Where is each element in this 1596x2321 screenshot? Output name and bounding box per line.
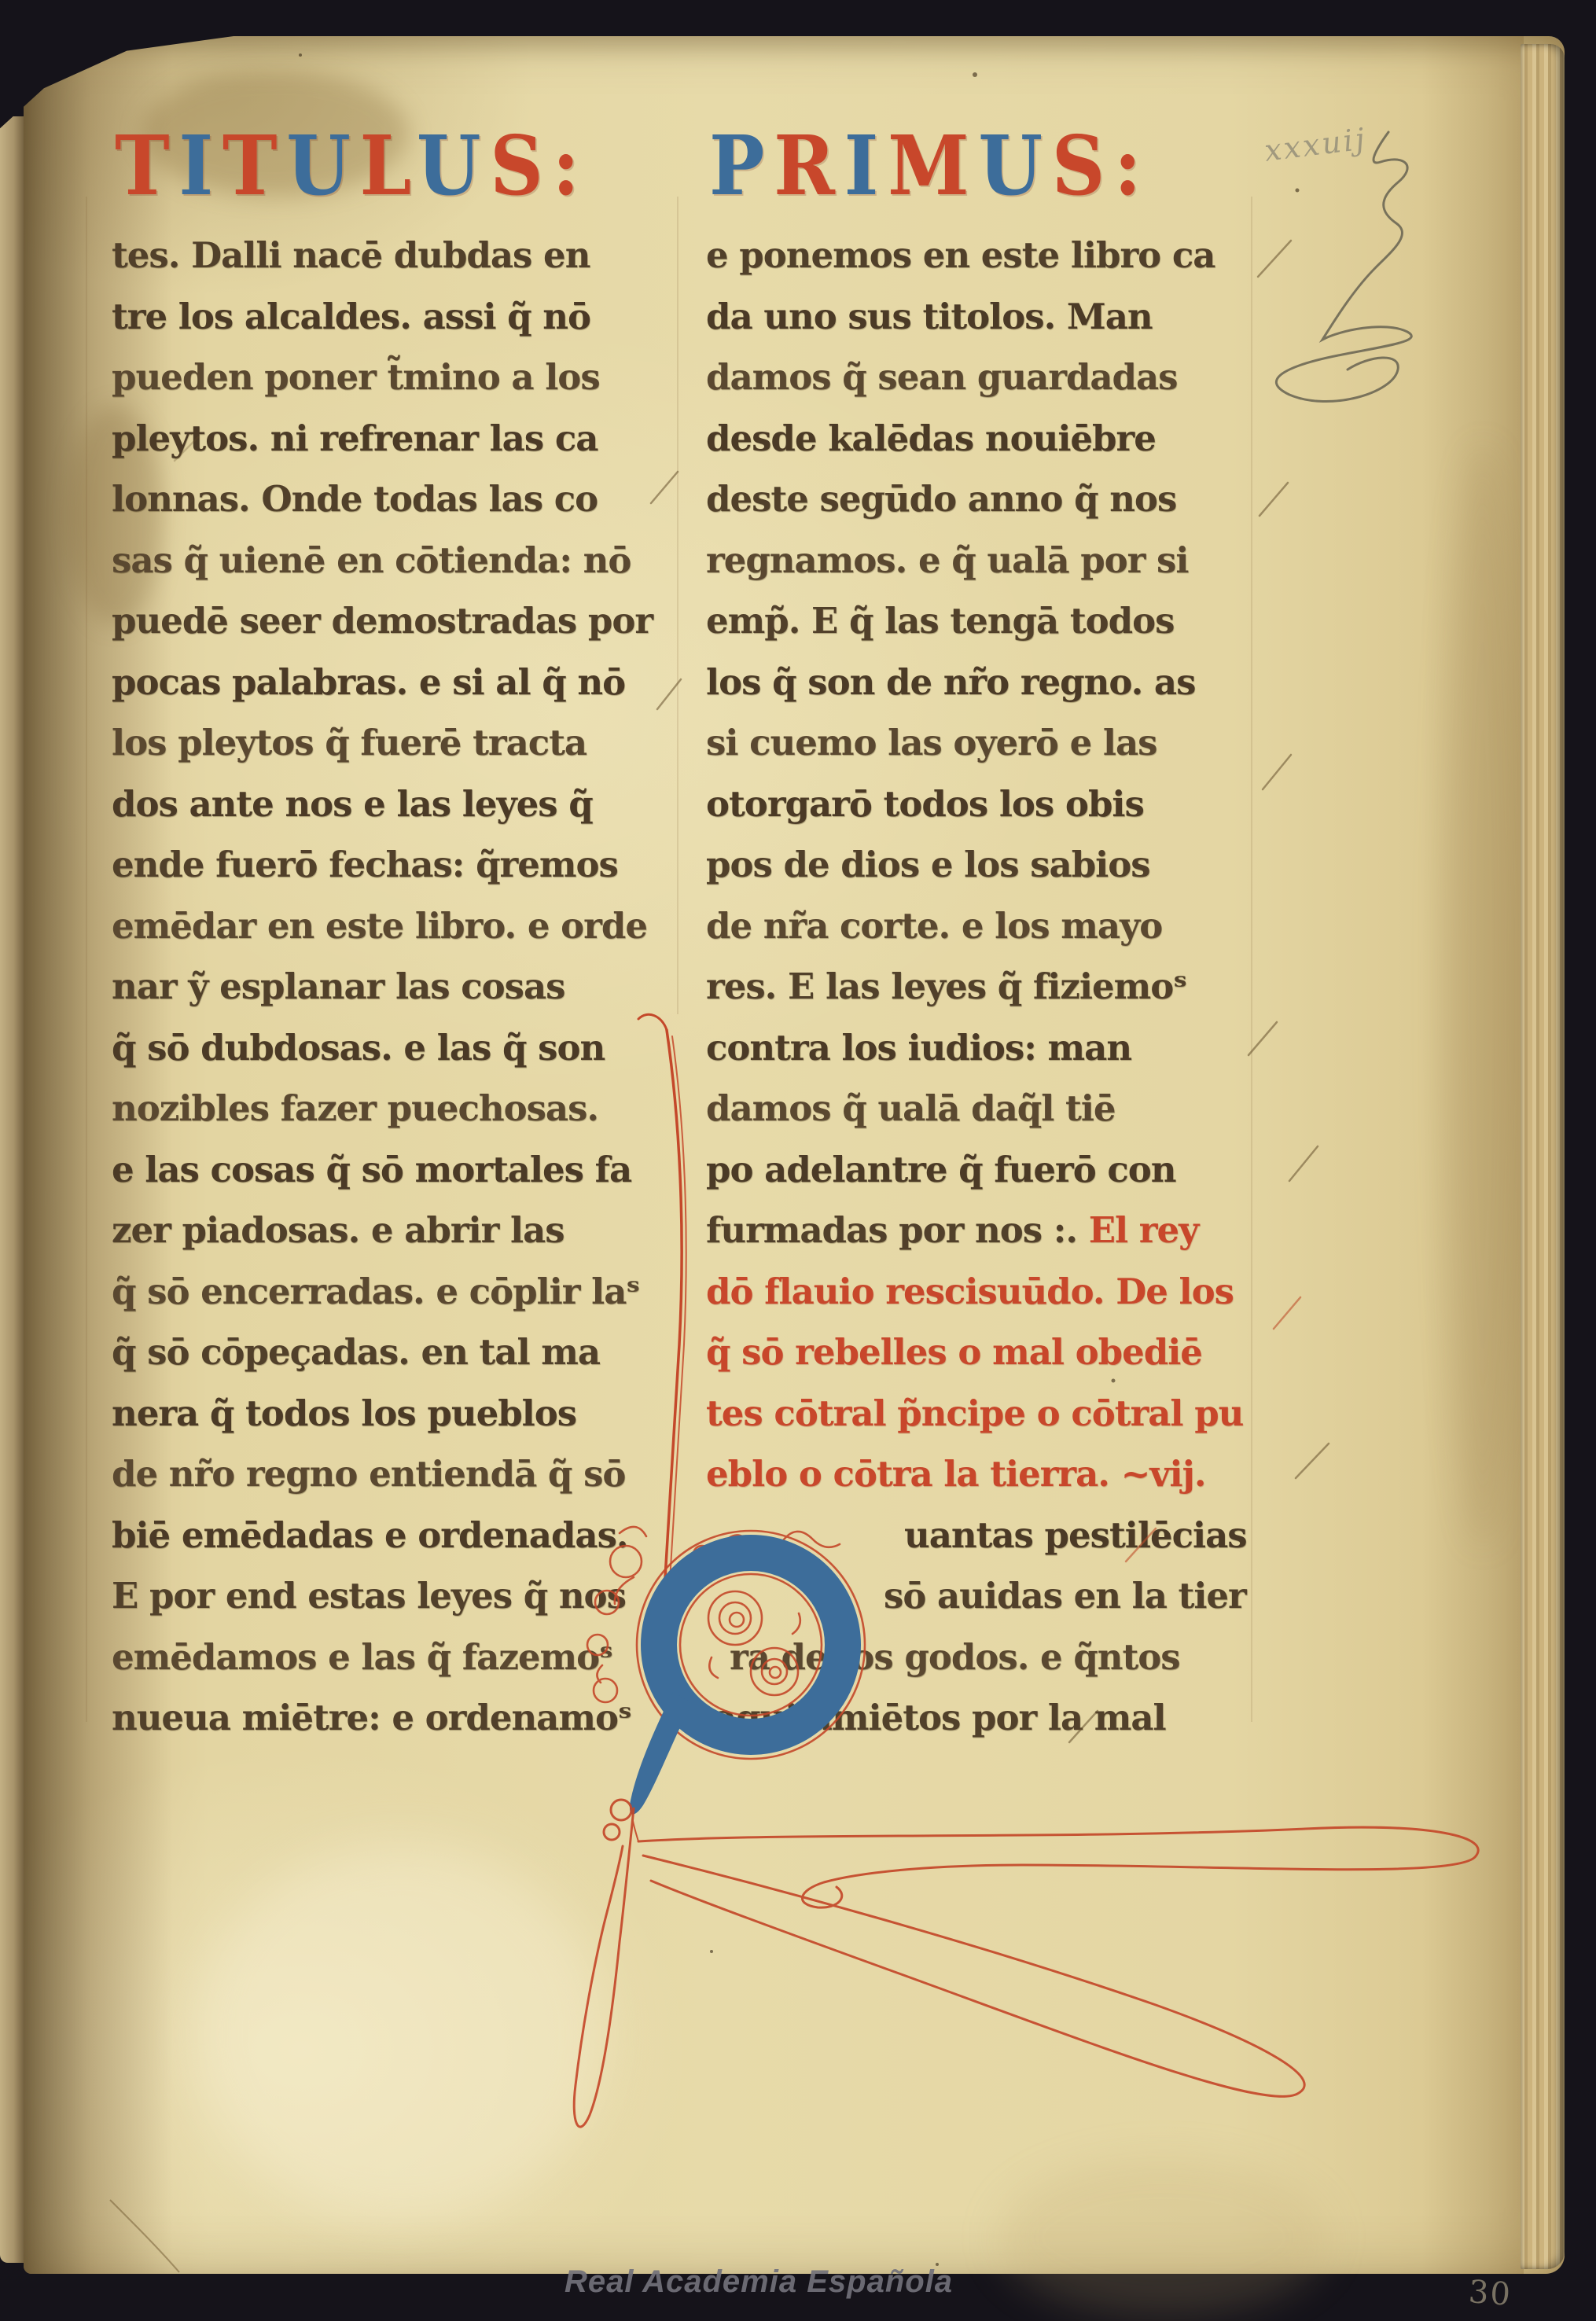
- text-line: q̃ sō dubdosas. e las q̃ son: [112, 1027, 671, 1088]
- title-letter: :: [553, 117, 589, 214]
- manuscript-page: TITULUS: PRIMUS: xxxuij tes. Dalli nacē …: [24, 36, 1565, 2274]
- title-letter: L: [360, 117, 417, 214]
- text-column-right: e ponemos en este libro cada uno sus tit…: [706, 234, 1275, 1758]
- text-line: nueua miētre: e ordenamoˢ: [112, 1697, 671, 1758]
- text-line: zer piadosas. e abrir las: [112, 1209, 671, 1271]
- title-letter: R: [774, 117, 844, 214]
- institution-watermark: Real Academia Española: [564, 2264, 953, 2300]
- title-letter: T: [222, 117, 286, 214]
- text-line: po adelantre q̃ fuerō con: [706, 1149, 1275, 1210]
- text-line: sas q̃ uienē en cōtienda: nō: [112, 539, 671, 601]
- text-column-left: tes. Dalli nacē dubdas entre los alcalde…: [112, 234, 671, 1758]
- previous-page-edge: [0, 116, 25, 2263]
- text-line: damos q̃ sean guardadas: [706, 356, 1275, 417]
- text-line: emp̃. E q̃ las tengā todos: [706, 600, 1275, 661]
- title-letter: I: [178, 117, 222, 214]
- text-line: regnamos. e q̃ ualā por si: [706, 539, 1275, 601]
- text-line: emēdar en este libro. e orde: [112, 905, 671, 966]
- text-line: uantas pestilēcias: [706, 1514, 1275, 1576]
- parchment-stain: [1443, 445, 1522, 1546]
- text-line: e las cosas q̃ sō mortales fa: [112, 1149, 671, 1210]
- text-line: dos ante nos e las leyes q̃: [112, 783, 671, 844]
- text-line: aguijamiētos por la mal: [706, 1697, 1275, 1758]
- text-line: tre los alcaldes. assi q̃ nō: [112, 296, 671, 357]
- title-letter: U: [978, 117, 1051, 214]
- title-letter: U: [286, 117, 359, 214]
- text-line: q̃ sō cōpeçadas. en tal ma: [112, 1331, 671, 1392]
- text-line: deste segūdo anno q̃ nos: [706, 478, 1275, 539]
- text-line: otorgarō todos los obis: [706, 783, 1275, 844]
- text-line: pueden poner t̃mino a los: [112, 356, 671, 417]
- text-line: puedē seer demostradas por: [112, 600, 671, 661]
- title-letter: T: [115, 117, 178, 214]
- text-line: tes. Dalli nacē dubdas en: [112, 234, 671, 296]
- text-line: los q̃ son de nr̃o regno. as: [706, 661, 1275, 723]
- text-line: E por end estas leyes q̃ nos: [112, 1575, 671, 1636]
- text-line: lonnas. Onde todas las co: [112, 478, 671, 539]
- parchment-stain: [998, 2159, 1329, 2316]
- text-line: biē emēdadas e ordenadas.: [112, 1514, 671, 1576]
- text-line: nozibles fazer puechosas.: [112, 1087, 671, 1149]
- text-line: tes cōtral p̃ncipe o cōtral pu: [706, 1392, 1275, 1454]
- text-line: desde kalēdas nouiēbre: [706, 417, 1275, 479]
- title-letter: P: [709, 117, 774, 214]
- text-line: nar ỹ esplanar las cosas: [112, 966, 671, 1027]
- text-line: q̃ sō rebelles o mal obediē: [706, 1331, 1275, 1392]
- text-line: e ponemos en este libro ca: [706, 234, 1275, 296]
- text-line: ra de los godos. e q̃ntos: [706, 1636, 1275, 1698]
- text-line: dō flauio rescisuūdo. De los: [706, 1271, 1275, 1332]
- parchment-light-patch: [197, 1845, 605, 2222]
- page-fore-edges: [1521, 44, 1565, 2269]
- title-letter: U: [417, 117, 490, 214]
- text-line: ende fuerō fechas: q̃remos: [112, 844, 671, 905]
- text-line: sō auidas en la tier: [706, 1575, 1275, 1636]
- title-letter: S: [490, 117, 552, 214]
- text-line: pos de dios e los sabios: [706, 844, 1275, 905]
- text-line: da uno sus titolos. Man: [706, 296, 1275, 357]
- photo-background: TITULUS: PRIMUS: xxxuij tes. Dalli nacē …: [0, 0, 1596, 2321]
- text-line: de nr̃o regno entiendā q̃ sō: [112, 1453, 671, 1514]
- title-letter: M: [888, 117, 978, 214]
- text-line: damos q̃ ualā daq̃l tiē: [706, 1087, 1275, 1149]
- text-line: de nr̃a corte. e los mayo: [706, 905, 1275, 966]
- text-line: furmadas por nos :. El rey: [706, 1209, 1275, 1271]
- text-line: emēdamos e las q̃ fazemoˢ: [112, 1636, 671, 1698]
- title-letter: S: [1052, 117, 1114, 214]
- text-line: eblo o cōtra la tierra. ~vij.: [706, 1453, 1275, 1514]
- text-line: nera q̃ todos los pueblos: [112, 1392, 671, 1454]
- title-letter: I: [844, 117, 888, 214]
- text-line: res. E las leyes q̃ fiziemoˢ: [706, 966, 1275, 1027]
- title-letter: :: [1114, 117, 1150, 214]
- fore-edge-shadow: [1421, 36, 1524, 2274]
- text-line: si cuemo las oyerō e las: [706, 722, 1275, 783]
- text-line: q̃ sō encerradas. e cōplir laˢ: [112, 1271, 671, 1332]
- title-word-primus: PRIMUS:: [709, 123, 1150, 209]
- text-line: pleytos. ni refrenar las ca: [112, 417, 671, 479]
- text-line: contra los iudios: man: [706, 1027, 1275, 1088]
- text-line: pocas palabras. e si al q̃ nō: [112, 661, 671, 723]
- text-line: los pleytos q̃ fuerē tracta: [112, 722, 671, 783]
- title-word-titulus: TITULUS:: [115, 123, 589, 209]
- folio-number-pencil: 30: [1467, 2274, 1513, 2313]
